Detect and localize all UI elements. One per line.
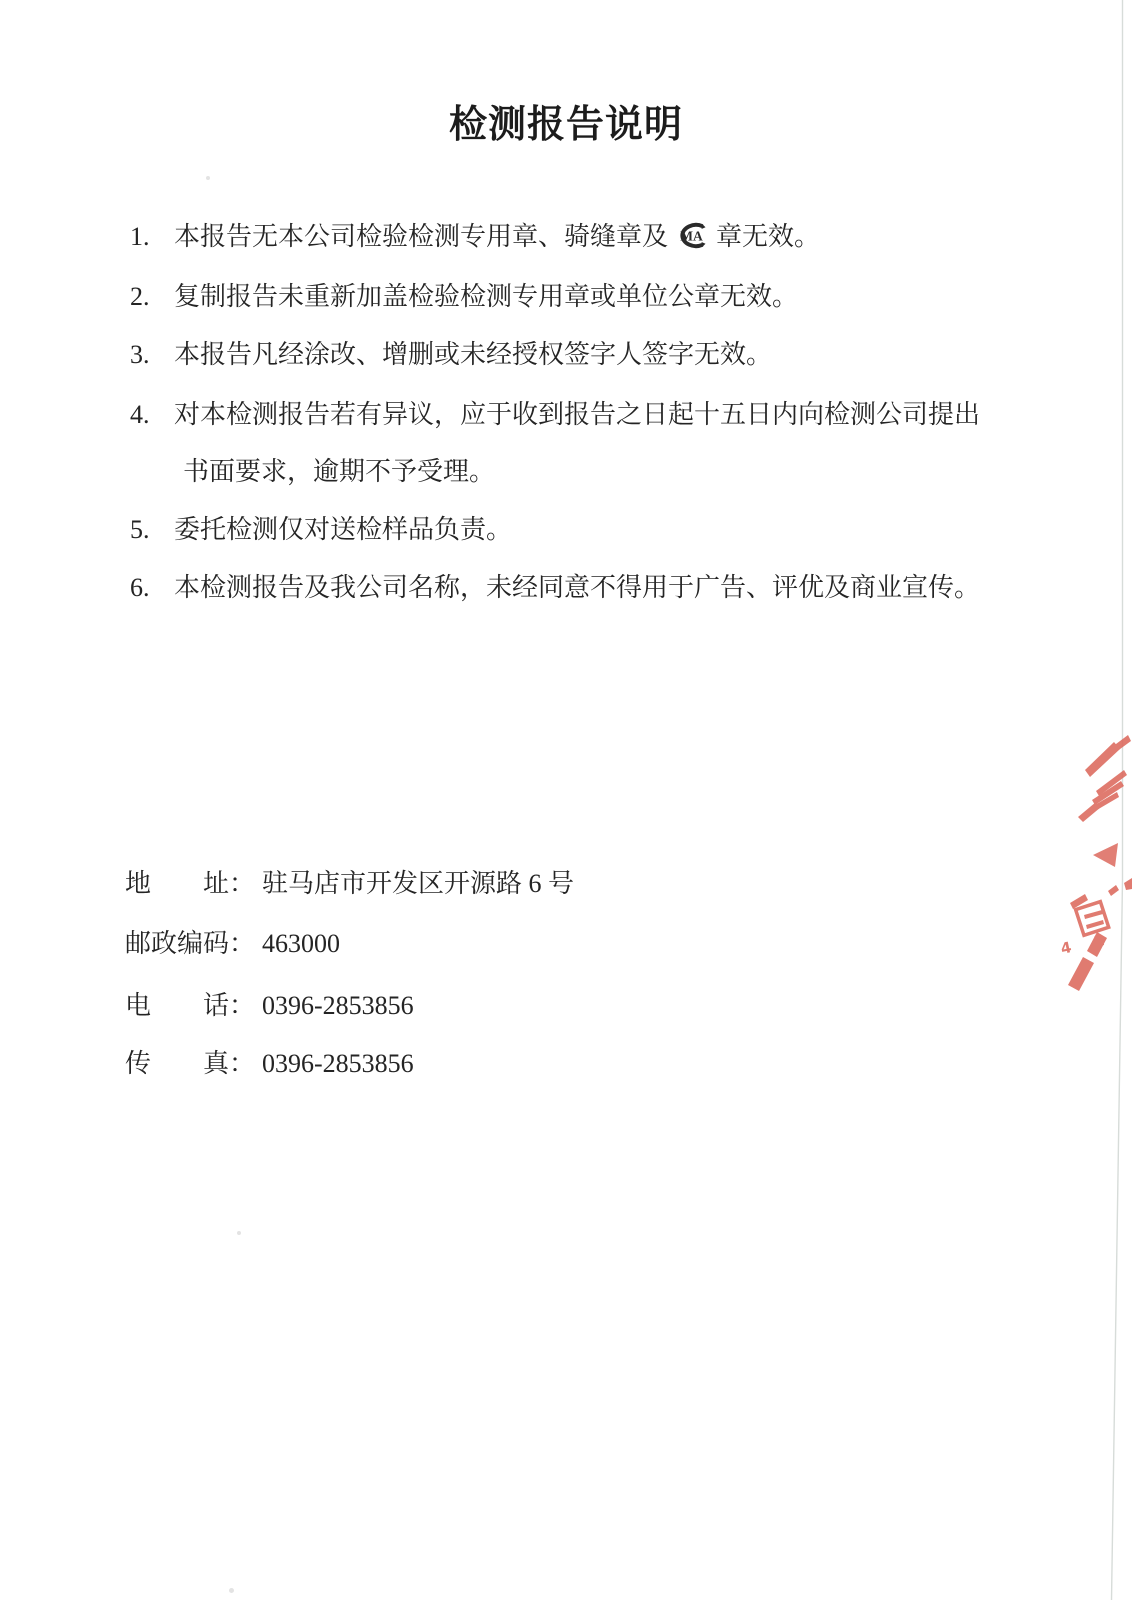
note-number: 6.	[130, 572, 174, 603]
contact-colon: ：	[229, 1048, 255, 1079]
note-item-4: 4.对本检测报告若有异议，应于收到报告之日起十五日内向检测公司提出	[130, 399, 980, 430]
note-item-4-line-2: 书面要求，逾期不予受理。	[183, 456, 495, 487]
scan-speck	[206, 176, 210, 180]
contact-label: 电话	[125, 990, 229, 1021]
scan-speck	[229, 1588, 234, 1593]
note-item-6: 6.本检测报告及我公司名称，未经同意不得用于广告、评优及商业宣传。	[130, 572, 980, 603]
contact-colon: ：	[229, 990, 255, 1021]
page-title: 检测报告说明	[0, 104, 1132, 146]
contact-label: 地址	[125, 868, 229, 899]
cma-mark-text: MA	[680, 229, 703, 244]
contact-row-address: 地址 ： 驻马店市开发区开源路 6 号	[0, 868, 1132, 900]
note-text: 本报告无本公司检验检测专用章、骑缝章及	[174, 222, 668, 251]
contact-label: 邮政编码	[125, 928, 229, 959]
note-text: 对本检测报告若有异议，应于收到报告之日起十五日内向检测公司提出	[174, 400, 980, 429]
note-number: 4.	[130, 399, 174, 430]
report-page: 检测报告说明 1.本报告无本公司检验检测专用章、骑缝章及 MA 章无效。 2.复…	[0, 0, 1132, 1600]
note-item-3: 3.本报告凡经涂改、增删或未经授权签字人签字无效。	[130, 339, 772, 370]
scan-speck	[237, 1231, 241, 1235]
contact-label: 传真	[125, 1048, 229, 1079]
contact-row-fax: 传真 ： 0396-2853856	[0, 1048, 1132, 1080]
note-number: 5.	[130, 514, 174, 545]
note-number: 2.	[130, 281, 174, 312]
note-item-1: 1.本报告无本公司检验检测专用章、骑缝章及 MA 章无效。	[130, 221, 820, 257]
contact-value-address: 驻马店市开发区开源路 6 号	[262, 868, 574, 899]
note-item-5: 5.委托检测仅对送检样品负责。	[130, 514, 512, 545]
contact-colon: ：	[229, 928, 255, 959]
stamp-fragment-triangle	[1093, 843, 1118, 867]
note-text: 章无效。	[716, 222, 820, 251]
note-text: 复制报告未重新加盖检验检测专用章或单位公章无效。	[174, 282, 798, 311]
note-number: 1.	[130, 221, 174, 252]
note-text: 本检测报告及我公司名称，未经同意不得用于广告、评优及商业宣传。	[174, 573, 980, 602]
note-text: 书面要求，逾期不予受理。	[183, 457, 495, 486]
note-text: 本报告凡经涂改、增删或未经授权签字人签字无效。	[174, 340, 772, 369]
stamp-fragment-upper	[1078, 735, 1131, 822]
contact-value-phone: 0396-2853856	[262, 990, 414, 1021]
note-text: 委托检测仅对送检样品负责。	[174, 515, 512, 544]
note-item-2: 2.复制报告未重新加盖检验检测专用章或单位公章无效。	[130, 281, 798, 312]
cma-mark-icon: MA	[674, 221, 710, 257]
contact-value-fax: 0396-2853856	[262, 1048, 414, 1079]
contact-row-phone: 电话 ： 0396-2853856	[0, 990, 1132, 1022]
note-number: 3.	[130, 339, 174, 370]
contact-colon: ：	[229, 868, 255, 899]
contact-value-postcode: 463000	[262, 928, 340, 959]
contact-row-postcode: 邮政编码 ： 463000	[0, 928, 1132, 960]
